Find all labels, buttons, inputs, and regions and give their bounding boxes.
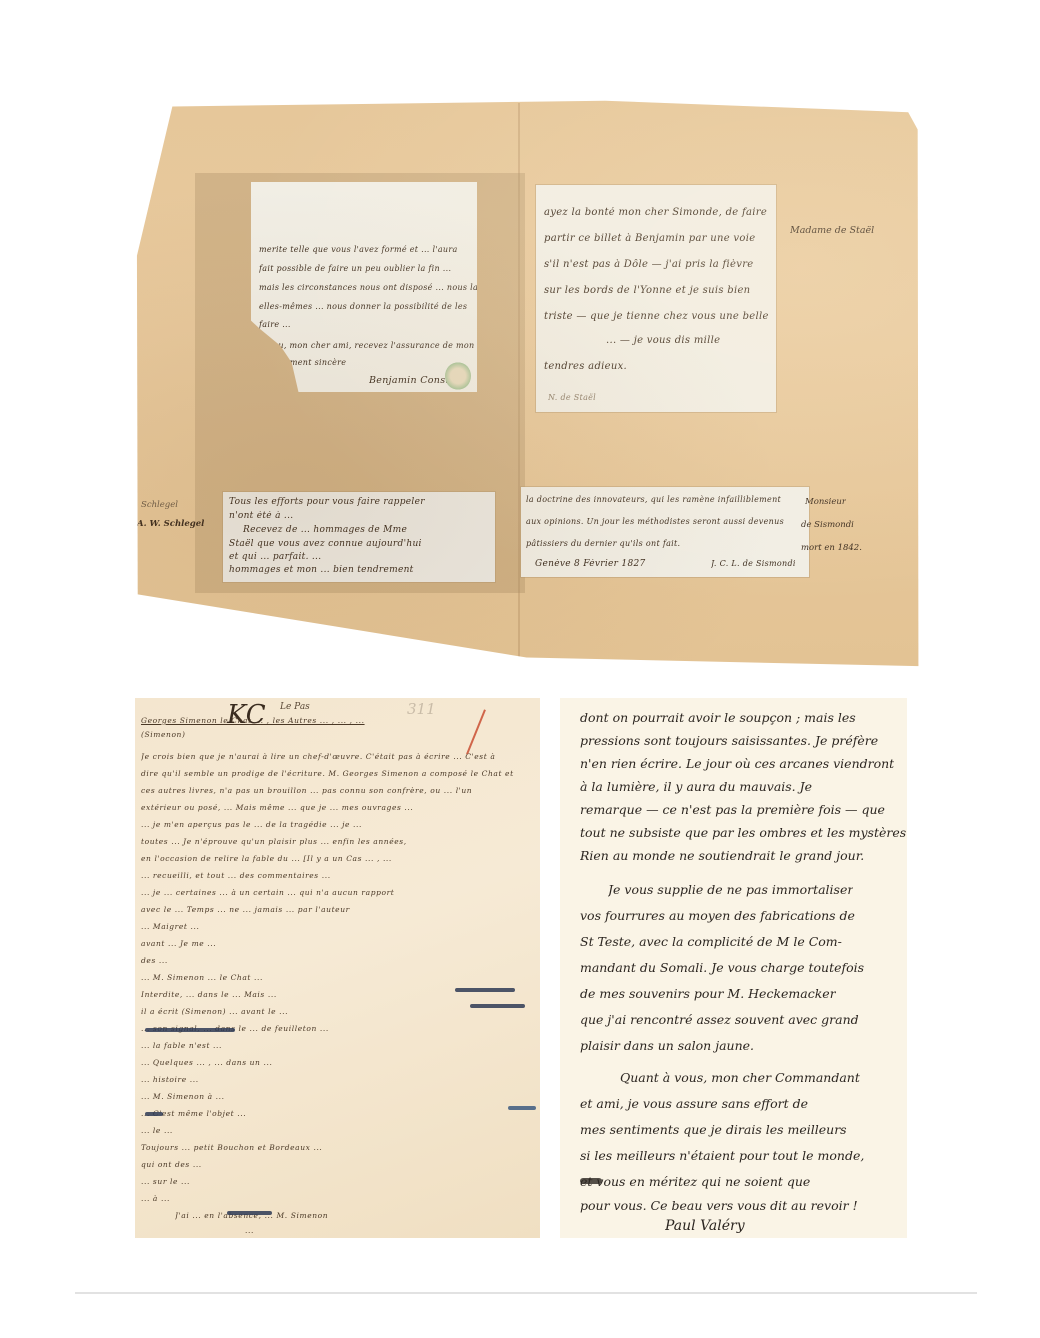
wax-seal-icon (445, 362, 471, 390)
letter-line: Recevez de ... hommages de Mme (243, 525, 407, 535)
letter-signature: J. C. L. de Sismondi (711, 559, 796, 568)
manuscript-line: (Simenon) (141, 730, 186, 739)
manuscript-line: à la lumière, il y aura du mauvais. Je (580, 779, 812, 794)
manuscript-line: ... M. Simenon ... le Chat ... (141, 973, 263, 982)
letter-line: hommages et mon ... bien tendrement (229, 565, 414, 575)
album-spread-photo: merite telle que vous l'avez formé et ..… (133, 95, 920, 669)
manuscript-line: ... M. Simenon à ... (141, 1092, 225, 1101)
letter-line: fait possible de faire un peu oublier la… (259, 264, 451, 273)
letter-line: et qui ... parfait. ... (229, 552, 321, 562)
manuscript-line: tout ne subsiste que par les ombres et l… (580, 825, 907, 840)
ink-strikethrough (145, 1112, 163, 1116)
manuscript-line: remarque — ce n'est pas la première fois… (580, 802, 885, 817)
manuscript-line: qui ont des ... (141, 1160, 202, 1169)
manuscript-line: que j'ai rencontré assez souvent avec gr… (580, 1012, 859, 1027)
manuscript-line: mes sentiments que je dirais les meilleu… (580, 1122, 847, 1137)
letter-line: Staël que vous avez connue aujourd'hui (229, 539, 422, 549)
margin-note-schlegel: A. W. Schlegel (137, 519, 204, 529)
manuscript-line: ... je m'en aperçus pas le ... de la tra… (141, 820, 362, 829)
letter-signature: N. de Staël (548, 393, 596, 402)
manuscript-line: Georges Simenon le Chat ... , les Autres… (141, 716, 365, 725)
mount-stain (195, 173, 525, 593)
letter-signature: Benjamin Constant (369, 375, 466, 386)
letter-line: dévouement sincère (259, 358, 346, 367)
manuscript-line: ... Maigret ... (141, 922, 199, 931)
margin-note-stael: Madame de Staël (790, 225, 874, 236)
letter-fragment-sismondi: la doctrine des innovateurs, qui les ram… (521, 487, 809, 577)
manuscript-line: Rien au monde ne soutiendrait le grand j… (580, 848, 864, 863)
catalog-number: 311 (407, 700, 436, 718)
annotation-top: Le Pas (280, 702, 310, 712)
margin-note-schlegel: Schlegel (141, 500, 178, 510)
manuscript-line: de mes souvenirs pour M. Heckemacker (580, 986, 836, 1001)
manuscript-line: et vous en méritez qui ne soient que (580, 1174, 810, 1189)
ink-strikethrough (227, 1211, 272, 1215)
margin-note-sismondi: Monsieur (805, 497, 846, 507)
margin-note-sismondi: mort en 1842. (801, 543, 862, 553)
manuscript-line: toutes ... Je n'éprouve qu'un plaisir pl… (141, 837, 407, 846)
letter-line: la doctrine des innovateurs, qui les ram… (526, 495, 781, 504)
ink-strikethrough (508, 1106, 536, 1110)
manuscript-line: il a écrit (Simenon) ... avant le ... (141, 1007, 288, 1016)
letter-line: faire ... (259, 320, 291, 329)
red-pencil-mark (466, 709, 486, 754)
manuscript-line: pressions sont toujours saisissantes. Je… (580, 733, 878, 748)
manuscript-line: vos fourrures au moyen des fabrications … (580, 908, 855, 923)
letter-line: s'il n'est pas à Dôle — j'ai pris la fiè… (544, 259, 754, 270)
manuscript-line: ... histoire ... (141, 1075, 199, 1084)
letter-line: aux opinions. Un jour les méthodistes se… (526, 517, 784, 526)
manuscript-line: ... sur le ... (141, 1177, 190, 1186)
footer-rule (75, 1292, 977, 1294)
letter-fragment-stael: Tous les efforts pour vous faire rappele… (223, 492, 495, 582)
letter-line: n'ont été à ... (229, 511, 293, 521)
manuscript-line: des ... (141, 956, 168, 965)
initials-mark: KC (227, 700, 266, 730)
manuscript-line: dont on pourrait avoir le soupçon ; mais… (580, 710, 856, 725)
manuscript-line: dire qu'il semble un prodige de l'écritu… (141, 769, 514, 778)
letter-card-stael: ayez la bonté mon cher Simonde, de faire… (536, 185, 776, 412)
ink-strikethrough (470, 1004, 525, 1008)
manuscript-line: ... je ... certaines ... à un certain ..… (141, 888, 394, 897)
manuscript-line: ... la fable n'est ... (141, 1041, 222, 1050)
album-gutter (518, 103, 520, 663)
manuscript-line: en l'occasion de relire la fable du ... … (141, 854, 392, 863)
manuscript-line: Interdite, ... dans le ... Mais ... (141, 990, 277, 999)
letter-line: mais les circonstances nous ont disposé … (259, 283, 504, 292)
letter-place-date: Genève 8 Février 1827 (535, 559, 646, 569)
ink-strikethrough (145, 1028, 235, 1032)
manuscript-line: ... Quelques ... , ... dans un ... (141, 1058, 272, 1067)
manuscript-line: Toujours ... petit Bouchon et Bordeaux .… (141, 1143, 322, 1152)
letter-line: sur les bords de l'Yonne et je suis bien (544, 285, 750, 296)
manuscript-line: Quant à vous, mon cher Commandant (620, 1070, 860, 1085)
ink-strikethrough (580, 1178, 602, 1184)
manuscript-line: ces autres livres, n'a pas un brouillon … (141, 786, 472, 795)
letter-line: Adieu, mon cher ami, recevez l'assurance… (259, 341, 475, 350)
manuscript-line: mandant du Somali. Je vous charge toutef… (580, 960, 864, 975)
margin-note-sismondi: de Sismondi (801, 520, 854, 530)
letter-line: Tous les efforts pour vous faire rappele… (229, 497, 425, 507)
letter-line: elles-mêmes ... nous donner la possibili… (259, 302, 467, 311)
manuscript-line: ... (245, 1226, 254, 1235)
letter-line: ayez la bonté mon cher Simonde, de faire (544, 207, 767, 218)
manuscript-valery-photo: dont on pourrait avoir le soupçon ; mais… (560, 698, 907, 1238)
manuscript-line: ... à ... (141, 1194, 170, 1203)
manuscript-line: avec le ... Temps ... ne ... jamais ... … (141, 905, 350, 914)
manuscript-line: ... le ... (141, 1126, 173, 1135)
letter-line: pâtissiers du dernier qu'ils ont fait. (526, 539, 680, 548)
letter-line: ... — je vous dis mille (606, 335, 720, 346)
ink-strikethrough (455, 988, 515, 992)
manuscript-simenon-photo: KC Le Pas 311 Georges Simenon le Chat ..… (135, 698, 540, 1238)
letter-line: tendres adieux. (544, 361, 627, 372)
manuscript-line: pour vous. Ce beau vers vous dit au revo… (580, 1198, 858, 1213)
manuscript-line: avant ... Je me ... (141, 939, 216, 948)
manuscript-line: et ami, je vous assure sans effort de (580, 1096, 808, 1111)
manuscript-line: n'en rien écrire. Le jour où ces arcanes… (580, 756, 894, 771)
manuscript-line: ... recueilli, et tout ... des commentai… (141, 871, 331, 880)
letter-line: merite telle que vous l'avez formé et ..… (259, 245, 458, 254)
letter-line: partir ce billet à Benjamin par une voie (544, 233, 755, 244)
letter-line: triste — que je tienne chez vous une bel… (544, 311, 769, 322)
manuscript-line: Je vous supplie de ne pas immortaliser (608, 882, 853, 897)
manuscript-line: extérieur ou posé, ... Mais même ... que… (141, 803, 413, 812)
manuscript-line: Je crois bien que je n'aurai à lire un c… (141, 752, 495, 761)
manuscript-line: plaisir dans un salon jaune. (580, 1038, 754, 1053)
letter-card-constant: merite telle que vous l'avez formé et ..… (251, 182, 477, 392)
manuscript-line: St Teste, avec la complicité de M le Com… (580, 934, 842, 949)
letter-signature: Paul Valéry (665, 1218, 745, 1234)
manuscript-line: si les meilleurs n'étaient pour tout le … (580, 1148, 864, 1163)
